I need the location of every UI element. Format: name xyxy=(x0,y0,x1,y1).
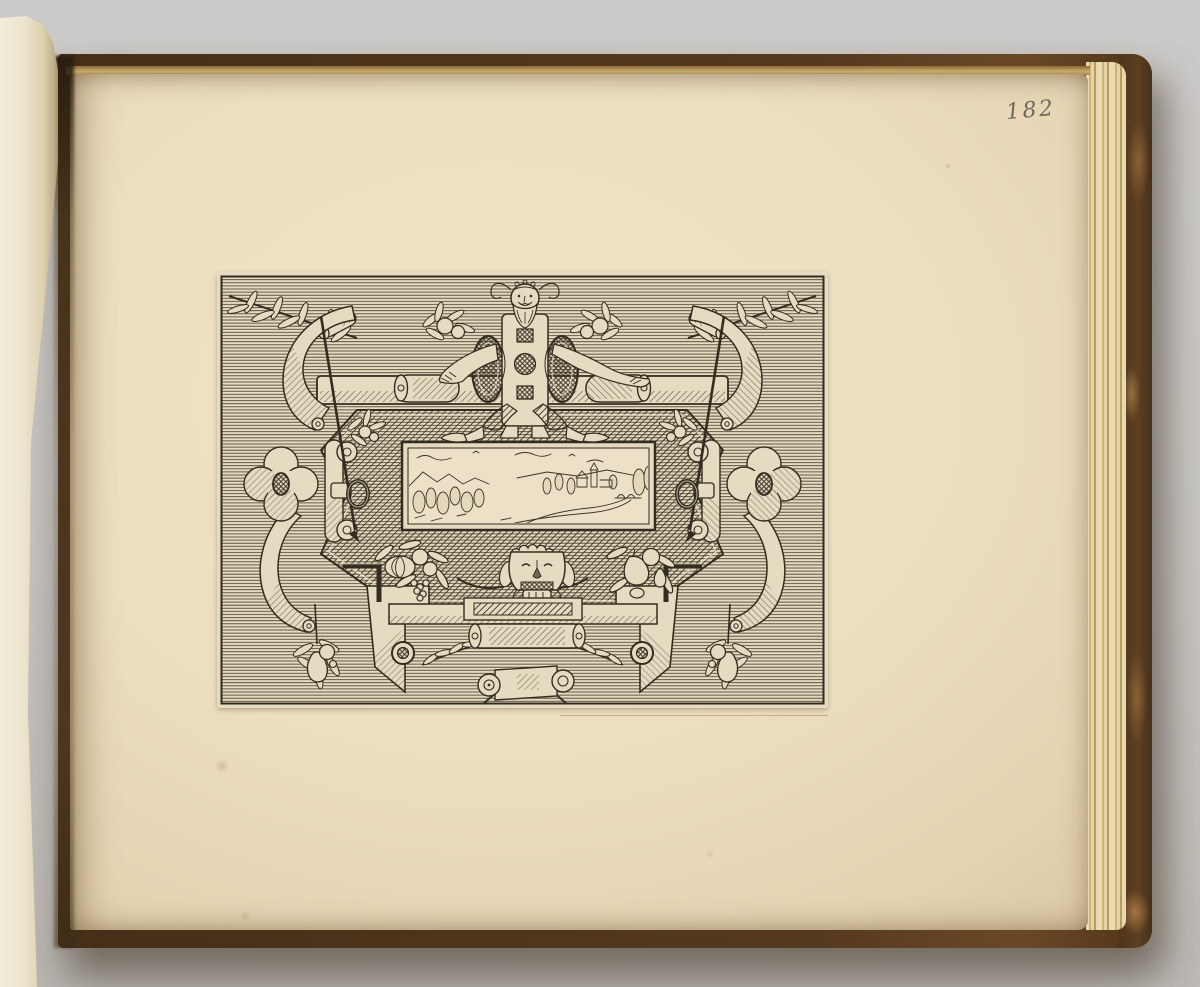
handwritten-page-number: 182 xyxy=(1005,96,1056,125)
turned-page-stack xyxy=(0,12,60,987)
cartouche-engraving xyxy=(217,272,828,708)
engraving-print xyxy=(217,272,828,708)
gutter-shadow xyxy=(54,56,74,948)
photo-of-open-album: 182 xyxy=(0,0,1200,987)
landscape-panel xyxy=(402,442,655,530)
page-stack-edges xyxy=(1086,62,1126,930)
album-page: 182 xyxy=(70,74,1088,930)
ink-offset-line xyxy=(560,715,828,716)
